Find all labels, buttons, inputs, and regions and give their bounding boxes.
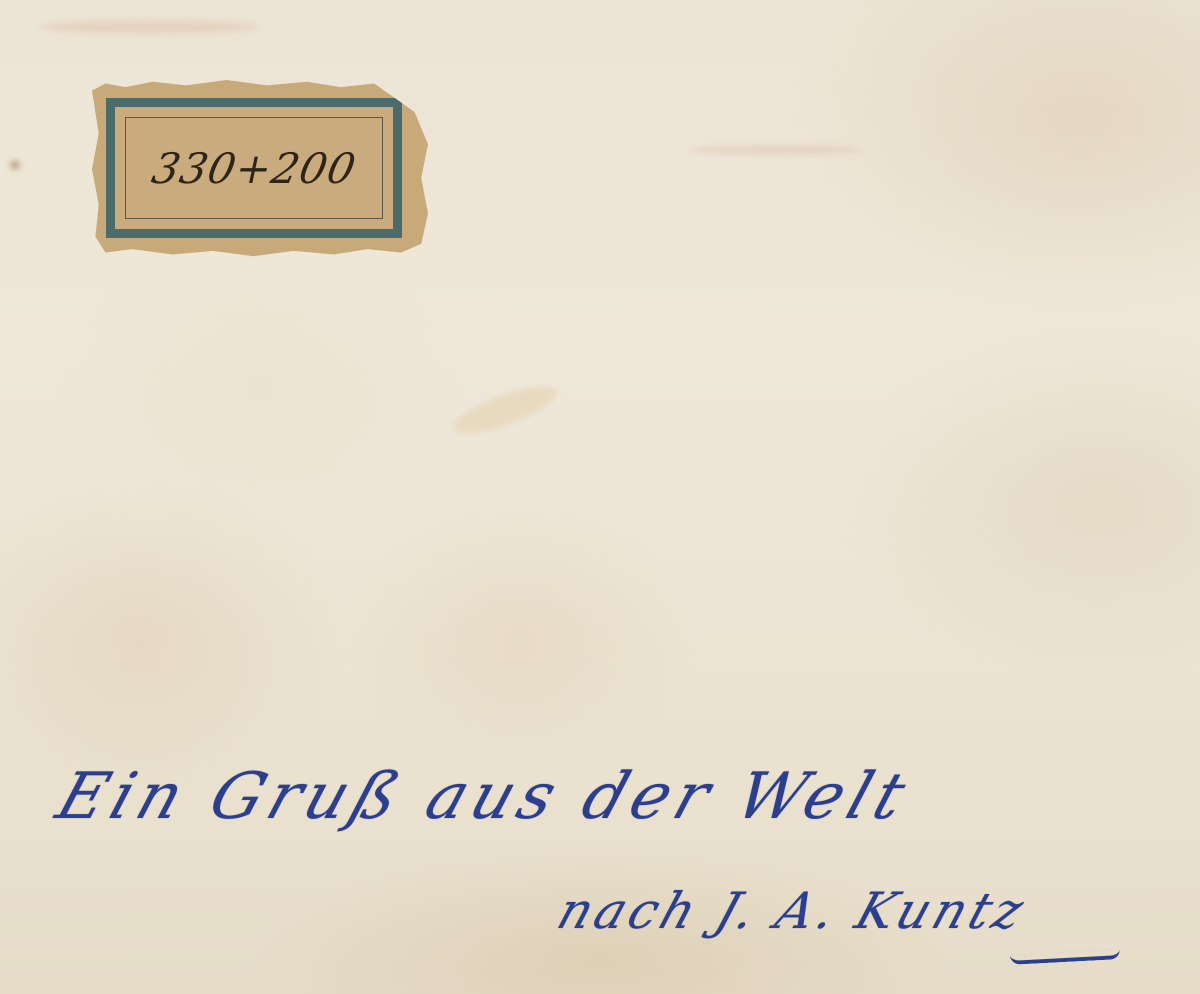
- collector-label: 330+200: [92, 80, 428, 258]
- inscription-line-1: Ein Gruß aus der Welt: [48, 760, 920, 834]
- label-number: 330+200: [148, 144, 361, 193]
- stain: [10, 160, 20, 170]
- stain: [690, 145, 860, 155]
- inscription-line-2: nach J. A. Kuntz: [551, 882, 1035, 940]
- label-border: 330+200: [106, 98, 402, 238]
- signature-underline: [1010, 949, 1120, 965]
- stain: [448, 377, 562, 443]
- label-inner-frame: 330+200: [125, 117, 383, 219]
- stain: [40, 20, 260, 34]
- aged-paper-sheet: 330+200 Ein Gruß aus der Welt nach J. A.…: [0, 0, 1200, 994]
